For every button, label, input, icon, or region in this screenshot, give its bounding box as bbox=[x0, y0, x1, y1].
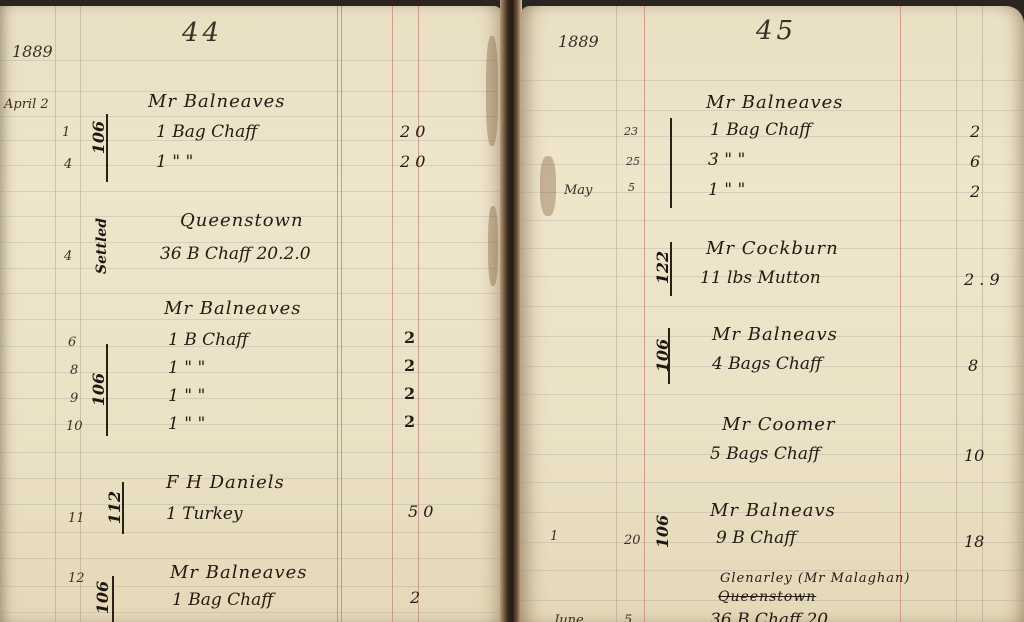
entry-amount: 2 bbox=[404, 386, 415, 402]
entry-item: 1 Bag Chaff bbox=[156, 124, 257, 141]
entry-name: Mr Balneavs bbox=[712, 326, 838, 344]
year-label: 1889 bbox=[12, 44, 53, 60]
entry-amount: 2 bbox=[404, 414, 415, 430]
entry-name: Mr Balneaves bbox=[706, 94, 844, 112]
entry-amount: 10 bbox=[964, 448, 984, 464]
entry-day: 8 bbox=[70, 364, 78, 377]
entry-item: 1 Turkey bbox=[166, 506, 243, 523]
entry-day: 4 bbox=[64, 158, 72, 171]
entry-amount: 2 bbox=[410, 590, 420, 606]
entry-name: Mr Balneaves bbox=[164, 300, 302, 318]
entry-item: 36 B Chaff 20.2.0 bbox=[160, 246, 311, 263]
entry-item: 1 Bag Chaff bbox=[172, 592, 273, 609]
entry-month: May bbox=[564, 184, 592, 197]
month-label: April 2 bbox=[4, 98, 49, 111]
entry-item: 3 " " bbox=[708, 152, 745, 169]
page-number: 44 bbox=[182, 20, 223, 46]
entry-item: 1 " " bbox=[168, 388, 205, 405]
entry-item: 1 " " bbox=[168, 416, 205, 433]
folio-number: 106 bbox=[653, 515, 672, 548]
entry-amount: 2 bbox=[970, 124, 980, 140]
entry-day: 5 bbox=[624, 614, 632, 622]
entry-name: Mr Balneaves bbox=[148, 93, 286, 111]
entry-day: 10 bbox=[66, 420, 83, 433]
entry-name: Queenstown bbox=[180, 212, 304, 230]
entry-amount: 2 bbox=[404, 330, 415, 346]
entry-amount: 5 0 bbox=[408, 504, 433, 520]
entry-amount: 6 bbox=[970, 154, 980, 170]
entry-item: 36 B Chaff 20 bbox=[710, 612, 828, 622]
entry-day: 4 bbox=[64, 250, 72, 263]
entry-day: 20 bbox=[624, 534, 641, 547]
entry-item: 1 Bag Chaff bbox=[710, 122, 811, 139]
entry-item: 1 " " bbox=[156, 154, 193, 171]
entry-item: 11 lbs Mutton bbox=[700, 270, 821, 287]
right-page: 1889 45 Mr Balneaves 23 1 Bag Chaff 2 25… bbox=[520, 6, 1024, 622]
folio-number: 106 bbox=[93, 581, 112, 614]
entry-day: 6 bbox=[68, 336, 76, 349]
entry-amount: 8 bbox=[968, 358, 978, 374]
year-label: 1889 bbox=[558, 34, 599, 50]
book-gutter bbox=[500, 0, 522, 622]
entry-day: 23 bbox=[624, 126, 638, 137]
entry-amount: 2 bbox=[970, 184, 980, 200]
entry-item: 4 Bags Chaff bbox=[712, 356, 822, 373]
ledger-spread: 1889 44 April 2 Mr Balneaves 1 1 Bag Cha… bbox=[0, 0, 1024, 622]
entry-amount: 2 0 bbox=[400, 154, 425, 170]
entry-amount: 2 0 bbox=[400, 124, 425, 140]
entry-item: 1 " " bbox=[708, 182, 745, 199]
entry-day: 9 bbox=[70, 392, 78, 405]
left-page: 1889 44 April 2 Mr Balneaves 1 1 Bag Cha… bbox=[0, 6, 502, 622]
entry-name: Mr Balneavs bbox=[710, 502, 836, 520]
entry-month: 1 bbox=[550, 530, 558, 543]
entry-day: 12 bbox=[68, 572, 85, 585]
entry-item: 5 Bags Chaff bbox=[710, 446, 820, 463]
entry-day: 11 bbox=[68, 512, 85, 525]
entry-name: Glenarley (Mr Malaghan) bbox=[720, 572, 911, 585]
entry-name: Mr Balneaves bbox=[170, 564, 308, 582]
entry-item: 1 B Chaff bbox=[168, 332, 248, 349]
entry-item: 1 " " bbox=[168, 360, 205, 377]
entry-name: Mr Cockburn bbox=[706, 240, 839, 258]
entry-item: 9 B Chaff bbox=[716, 530, 796, 547]
entry-name: Mr Coomer bbox=[722, 416, 836, 434]
entry-amount: 18 bbox=[964, 534, 984, 550]
settled-mark: Settled bbox=[94, 218, 110, 274]
entry-month: June bbox=[554, 614, 584, 622]
entry-name: F H Daniels bbox=[166, 474, 285, 492]
entry-day: 25 bbox=[626, 156, 640, 167]
struck-name: Queenstown bbox=[718, 590, 816, 604]
entry-amount: 2 bbox=[404, 358, 415, 374]
entry-amount: 2 . 9 bbox=[964, 272, 1000, 288]
page-number: 45 bbox=[756, 18, 797, 44]
entry-day: 5 bbox=[628, 182, 635, 193]
entry-day: 1 bbox=[62, 126, 70, 139]
